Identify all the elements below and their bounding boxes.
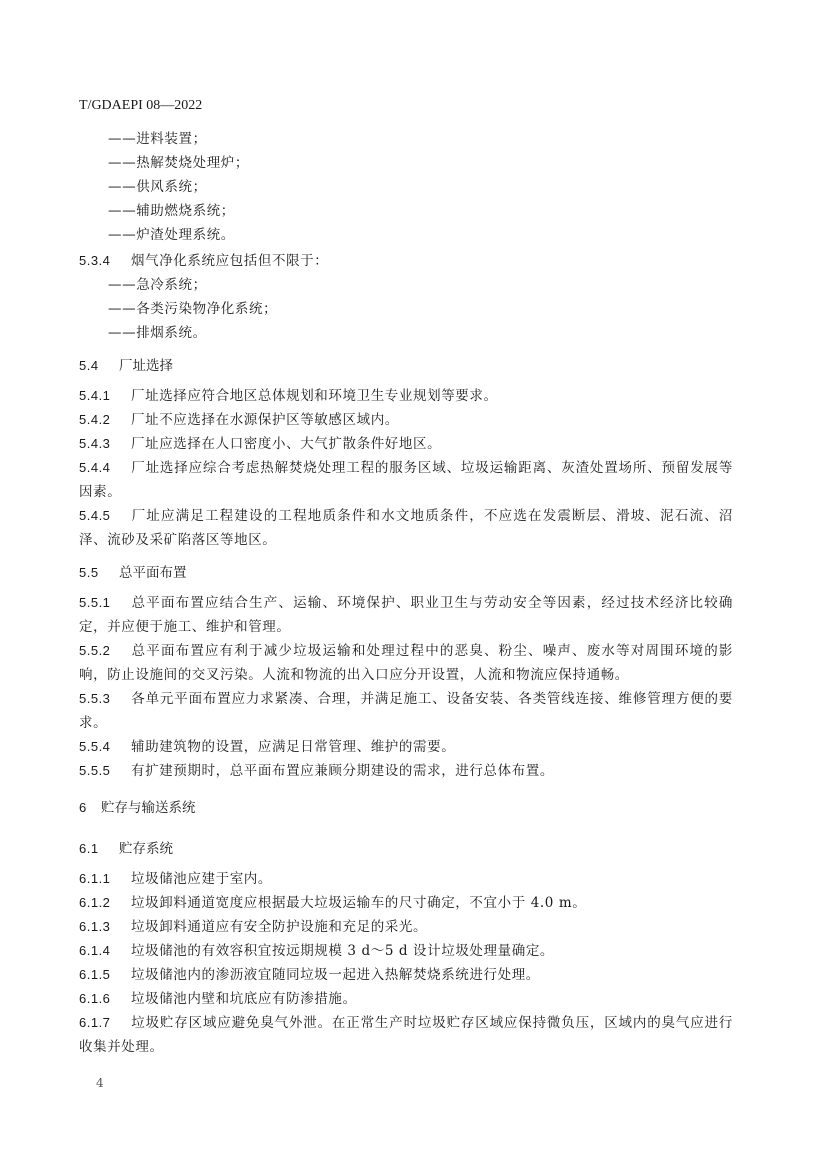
clause-text: 垃圾贮存区域应避免臭气外泄。在正常生产时垃圾贮存区域应保持微负压，区域内的臭气应… [79,1015,733,1055]
list-item: ——进料装置； [108,129,207,149]
clause-5-4-1: 5.4.1厂址选择应符合地区总体规划和环境卫生专业规划等要求。 [79,386,739,406]
clause-text: 有扩建预期时，总平面布置应兼顾分期建设的需求，进行总体布置。 [131,763,554,779]
clause-text: 垃圾储池的有效容积宜按远期规模 3 d～5 d 设计垃圾处理量确定。 [131,943,554,959]
clause-number: 6.1.1 [79,869,131,889]
list-item: ——炉渣处理系统。 [108,225,235,245]
chapter-heading-6: 6贮存与输送系统 [79,798,196,818]
clause-number: 6.1.6 [79,989,131,1009]
list-item: ——辅助燃烧系统； [108,201,235,221]
clause-6-1-1: 6.1.1垃圾储池应建于室内。 [79,869,739,889]
list-item: ——热解焚烧处理炉； [108,153,249,173]
section-number: 5.4 [79,356,119,376]
clause-5-5-4: 5.5.4辅助建筑物的设置，应满足日常管理、维护的需要。 [79,737,739,757]
list-item: ——急冷系统； [108,275,207,295]
clause-number: 6.1.3 [79,917,131,937]
clause-6-1-5: 6.1.5垃圾储池内的渗沥液宜随同垃圾一起进入热解焚烧系统进行处理。 [79,965,739,985]
clause-6-1-3: 6.1.3垃圾卸料通道应有安全防护设施和充足的采光。 [79,917,739,937]
list-item: ——排烟系统。 [108,323,207,343]
chapter-number: 6 [79,798,101,818]
clause-number: 5.5.5 [79,761,131,781]
clause-text: 烟气净化系统应包括但不限于： [131,253,328,269]
clause-number: 5.3.4 [79,251,131,271]
clause-5-4-4: 5.4.4厂址选择应综合考虑热解焚烧处理工程的服务区域、垃圾运输距离、灰渣处置场… [79,456,733,504]
section-number: 6.1 [79,839,119,859]
clause-number: 6.1.4 [79,941,131,961]
clause-text: 垃圾卸料通道宽度应根据最大垃圾运输车的尺寸确定，不宜小于 4.0 m。 [131,895,586,911]
document-code-header: T/GDAEPI 08—2022 [79,96,202,116]
clause-number: 5.4.3 [79,434,131,454]
clause-5-5-3: 5.5.3各单元平面布置应力求紧凑、合理，并满足施工、设备安装、各类管线连接、维… [79,687,733,735]
clause-5-4-2: 5.4.2厂址不应选择在水源保护区等敏感区域内。 [79,410,739,430]
clause-6-1-2: 6.1.2垃圾卸料通道宽度应根据最大垃圾运输车的尺寸确定，不宜小于 4.0 m。 [79,893,739,913]
section-heading-5-5: 5.5总平面布置 [79,563,187,583]
clause-text: 垃圾储池内的渗沥液宜随同垃圾一起进入热解焚烧系统进行处理。 [131,967,540,983]
clause-5-5-1: 5.5.1总平面布置应结合生产、运输、环境保护、职业卫生与劳动安全等因素，经过技… [79,591,733,639]
clause-text: 总平面布置应有利于减少垃圾运输和处理过程中的恶臭、粉尘、噪声、废水等对周围环境的… [79,643,733,683]
clause-text: 厂址应选择在人口密度小、大气扩散条件好地区。 [131,436,441,452]
clause-text: 垃圾卸料通道应有安全防护设施和充足的采光。 [131,919,427,935]
clause-text: 总平面布置应结合生产、运输、环境保护、职业卫生与劳动安全等因素，经过技术经济比较… [79,595,733,635]
clause-5-5-2: 5.5.2总平面布置应有利于减少垃圾运输和处理过程中的恶臭、粉尘、噪声、废水等对… [79,639,733,687]
clause-number: 5.4.1 [79,386,131,406]
section-number: 5.5 [79,563,119,583]
chapter-title: 贮存与输送系统 [101,800,196,816]
list-item: ——各类污染物净化系统； [108,299,277,319]
clause-5-4-3: 5.4.3厂址应选择在人口密度小、大气扩散条件好地区。 [79,434,739,454]
clause-5-5-5: 5.5.5有扩建预期时，总平面布置应兼顾分期建设的需求，进行总体布置。 [79,761,739,781]
clause-text: 厂址应满足工程建设的工程地质条件和水文地质条件，不应选在发震断层、滑坡、泥石流、… [79,508,733,548]
clause-number: 5.5.4 [79,737,131,757]
list-item: ——供风系统； [108,177,207,197]
clause-number: 6.1.5 [79,965,131,985]
clause-text: 垃圾储池应建于室内。 [131,871,272,887]
clause-5-4-5: 5.4.5厂址应满足工程建设的工程地质条件和水文地质条件，不应选在发震断层、滑坡… [79,504,733,552]
clause-6-1-4: 6.1.4垃圾储池的有效容积宜按远期规模 3 d～5 d 设计垃圾处理量确定。 [79,941,739,961]
clause-number: 5.5.3 [79,687,131,711]
clause-6-1-6: 6.1.6垃圾储池内壁和坑底应有防渗措施。 [79,989,739,1009]
clause-text: 辅助建筑物的设置，应满足日常管理、维护的需要。 [131,739,455,755]
clause-6-1-7: 6.1.7垃圾贮存区域应避免臭气外泄。在正常生产时垃圾贮存区域应保持微负压，区域… [79,1011,733,1059]
section-heading-6-1: 6.1贮存系统 [79,839,173,859]
clause-number: 6.1.2 [79,893,131,913]
clause-text: 厂址选择应综合考虑热解焚烧处理工程的服务区域、垃圾运输距离、灰渣处置场所、预留发… [79,460,733,500]
clause-number: 5.5.1 [79,591,131,615]
page-number: 4 [96,1073,104,1093]
section-title: 厂址选择 [119,358,173,374]
clause-number: 5.4.4 [79,456,131,480]
section-title: 总平面布置 [119,565,187,581]
clause-text: 垃圾储池内壁和坑底应有防渗措施。 [131,991,357,1007]
section-title: 贮存系统 [119,841,173,857]
clause-number: 5.4.2 [79,410,131,430]
clause-text: 厂址选择应符合地区总体规划和环境卫生专业规划等要求。 [131,388,498,404]
clause-text: 厂址不应选择在水源保护区等敏感区域内。 [131,412,399,428]
clause-5-3-4: 5.3.4烟气净化系统应包括但不限于： [79,251,739,271]
clause-number: 5.4.5 [79,504,131,528]
clause-text: 各单元平面布置应力求紧凑、合理，并满足施工、设备安装、各类管线连接、维修管理方便… [79,691,733,731]
section-heading-5-4: 5.4厂址选择 [79,356,173,376]
clause-number: 5.5.2 [79,639,131,663]
clause-number: 6.1.7 [79,1011,131,1035]
